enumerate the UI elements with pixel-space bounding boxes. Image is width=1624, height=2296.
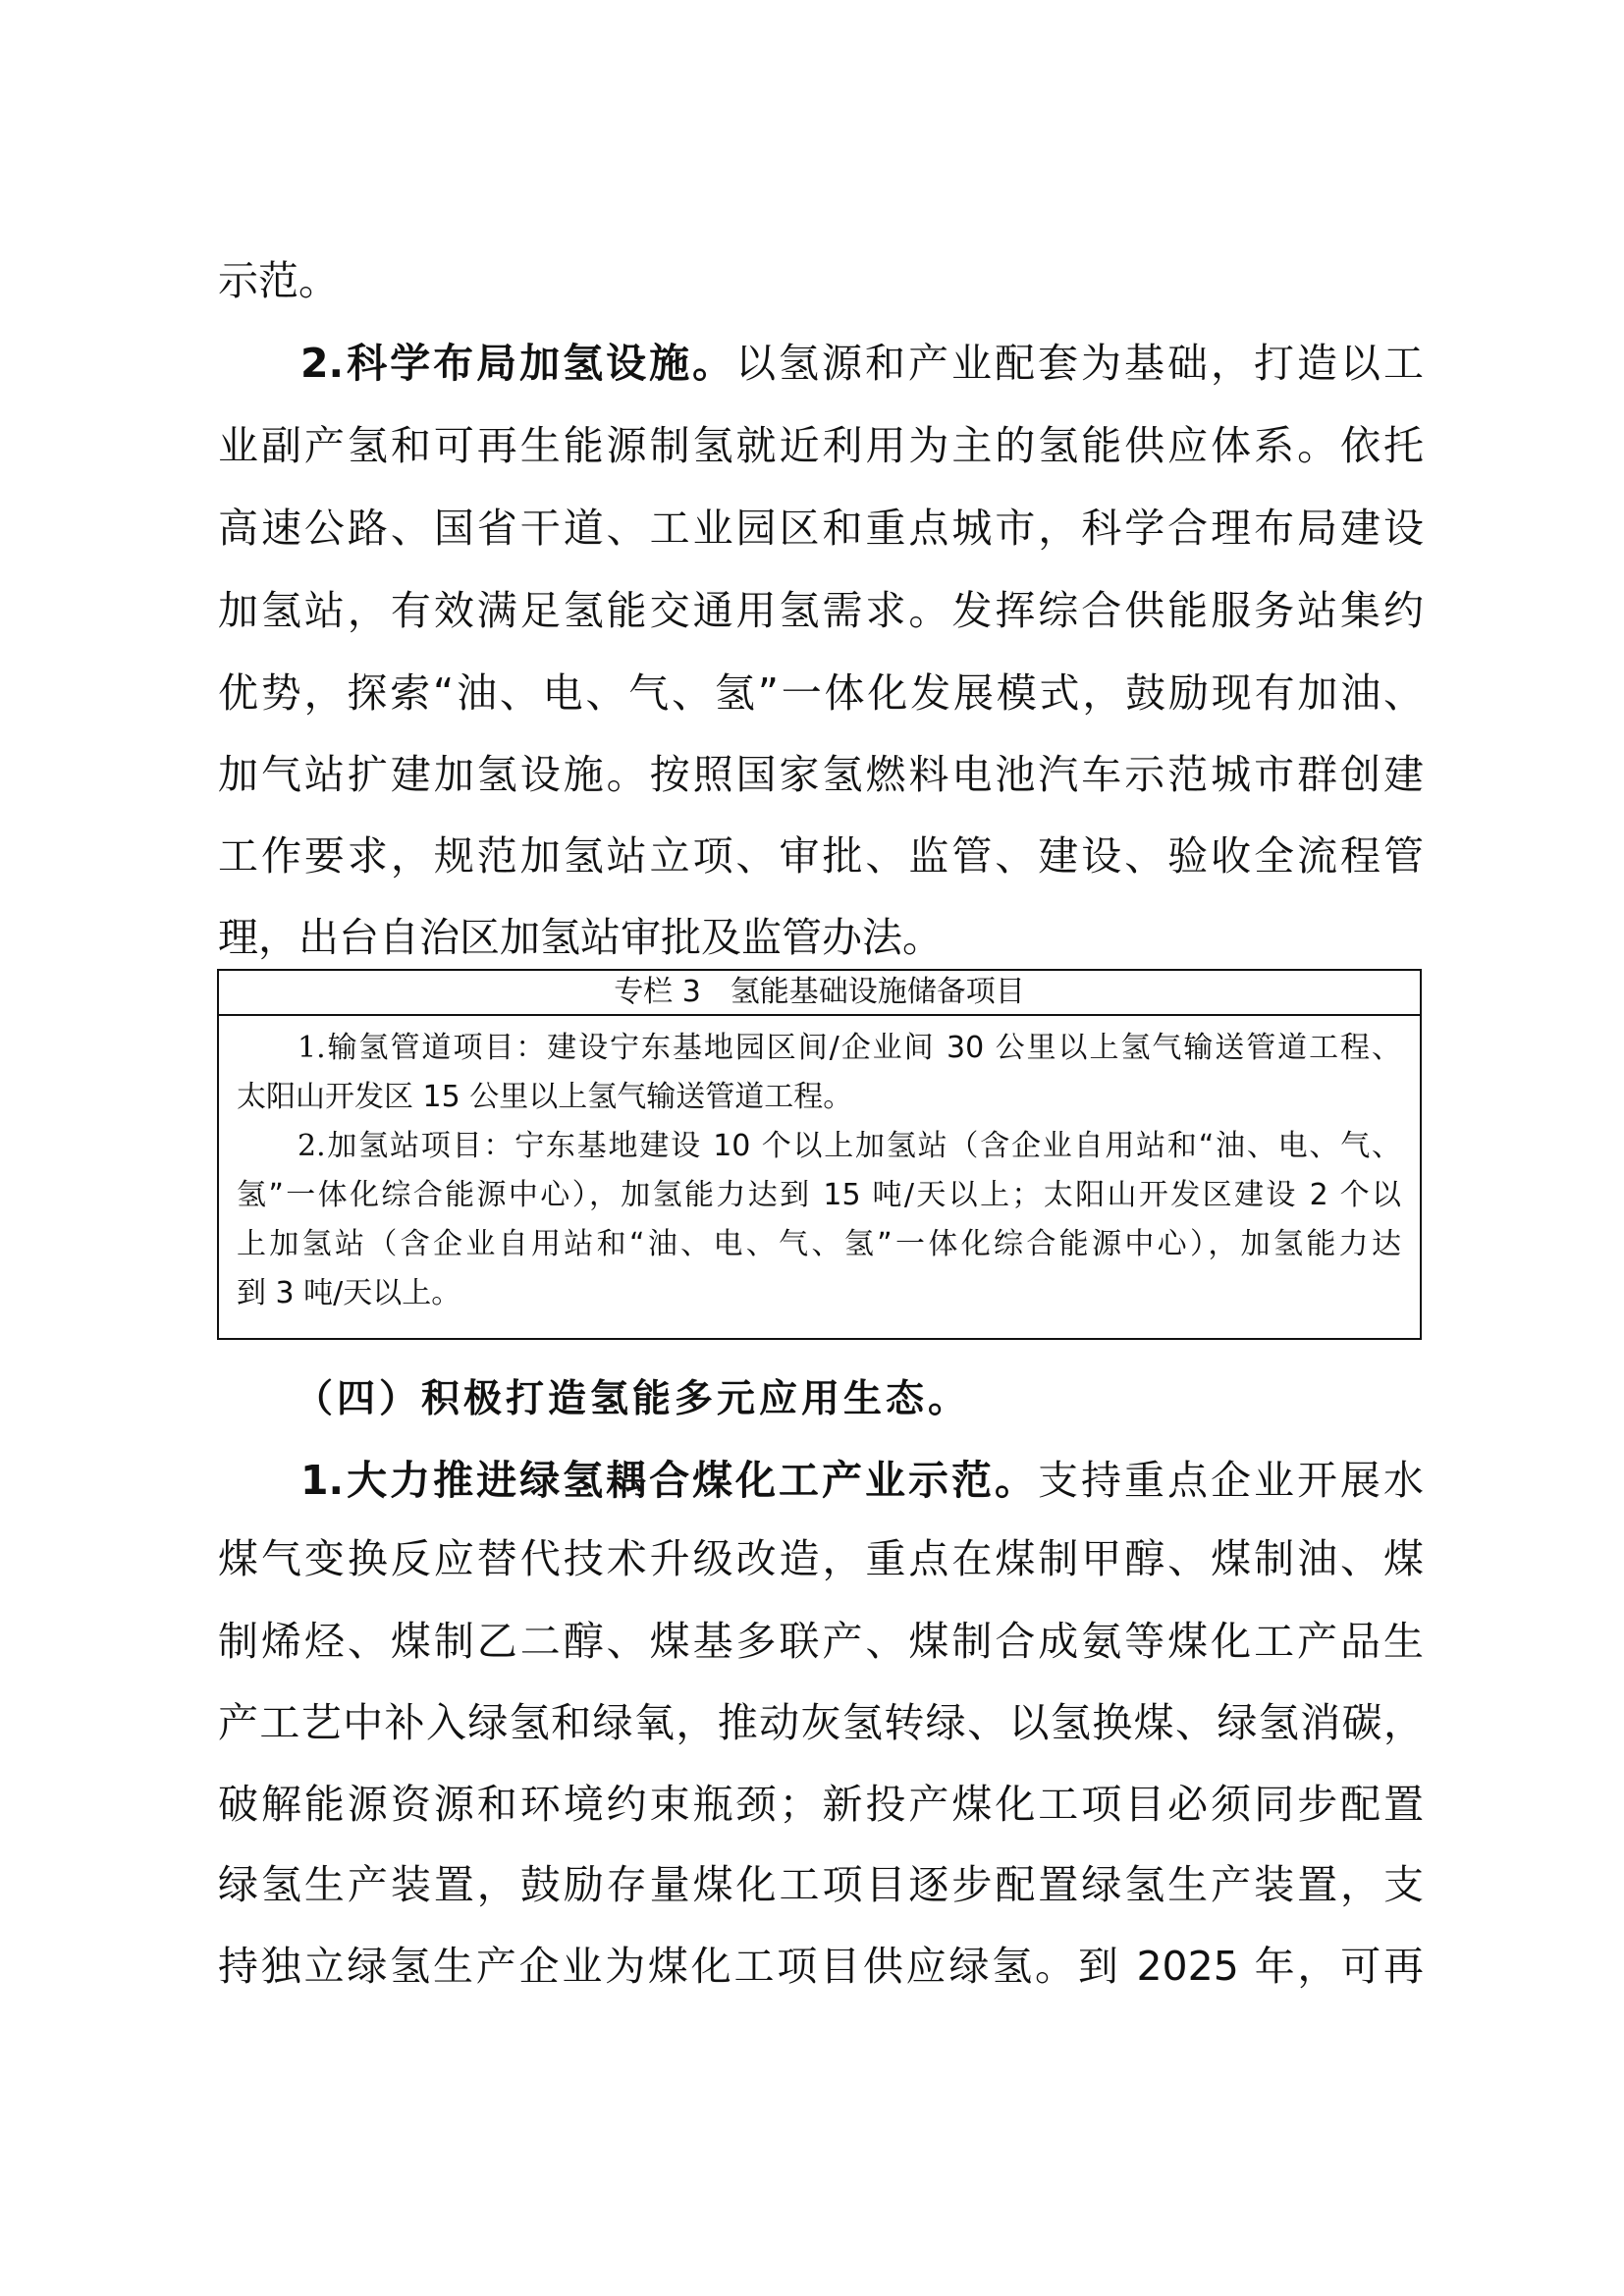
body-line: 制烯烃、煤制乙二醇、煤基多联产、煤制合成氨等煤化工产品生 xyxy=(218,1612,1424,1671)
body-line: 高速公路、国省干道、工业园区和重点城市，科学合理布局建设 xyxy=(218,499,1424,558)
body-line: 业副产氢和可再生能源制氢就近利用为主的氢能供应体系。依托 xyxy=(218,416,1424,475)
body-line: 持独立绿氢生产企业为煤化工项目供应绿氢。到 2025 年，可再 xyxy=(218,1937,1424,1996)
subsection-1-first-line: 1.大力推进绿氢耦合煤化工产业示范。支持重点企业开展水 xyxy=(300,1451,1424,1510)
section-2-heading: 2.科学布局加氢设施。 xyxy=(300,340,735,387)
body-line: 工作要求，规范加氢站立项、审批、监管、建设、验收全流程管 xyxy=(218,827,1424,885)
box-item-text: 上加氢站（含企业自用站和“油、电、气、氢”一体化综合能源中心），加氢能力达 xyxy=(237,1222,1401,1267)
body-line: 产工艺中补入绿氢和绿氧，推动灰氢转绿、以氢换煤、绿氢消碳， xyxy=(218,1693,1424,1752)
body-line: 加氢站，有效满足氢能交通用氢需求。发挥综合供能服务站集约 xyxy=(218,581,1424,640)
body-line: 理，出台自治区加氢站审批及监管办法。 xyxy=(218,908,1424,967)
body-line: 煤气变换反应替代技术升级改造，重点在煤制甲醇、煤制油、煤 xyxy=(218,1529,1424,1588)
document-page: 示范。 2.科学布局加氢设施。以氢源和产业配套为基础，打造以工 业副产氢和可再生… xyxy=(0,0,1624,2296)
feature-box: 专栏 3 氢能基础设施储备项目 1.输氢管道项目：建设宁东基地园区间/企业间 3… xyxy=(217,969,1422,1340)
body-line: 绿氢生产装置，鼓励存量煤化工项目逐步配置绿氢生产装置，支 xyxy=(218,1855,1424,1914)
box-item-text: 宁东基地建设 10 个以上加氢站（含企业自用站和“油、电、气、 xyxy=(514,1129,1401,1163)
body-text: 支持重点企业开展水 xyxy=(1038,1457,1424,1504)
box-item-1-label: 1.输氢管道项目： xyxy=(298,1031,547,1065)
box-title: 专栏 3 氢能基础设施储备项目 xyxy=(219,971,1420,1016)
body-line: 优势，探索“油、电、气、氢”一体化发展模式，鼓励现有加油、 xyxy=(218,664,1424,722)
body-line: 破解能源资源和环境约束瓶颈；新投产煤化工项目必须同步配置 xyxy=(218,1775,1424,1834)
subsection-1-heading: 1.大力推进绿氢耦合煤化工产业示范。 xyxy=(300,1457,1038,1504)
body-line: 加气站扩建加氢设施。按照国家氢燃料电池汽车示范城市群创建 xyxy=(218,745,1424,804)
box-item-1-line: 1.输氢管道项目：建设宁东基地园区间/企业间 30 公里以上氢气输送管道工程、 xyxy=(298,1026,1401,1071)
section-2-first-line: 2.科学布局加氢设施。以氢源和产业配套为基础，打造以工 xyxy=(300,334,1424,393)
body-text: 以氢源和产业配套为基础，打造以工 xyxy=(735,340,1424,387)
box-item-text: 氢”一体化综合能源中心），加氢能力达到 15 吨/天以上；太阳山开发区建设 2 … xyxy=(237,1173,1401,1218)
paragraph-continuation: 示范。 xyxy=(218,251,1424,310)
box-item-2-line: 2.加氢站项目：宁东基地建设 10 个以上加氢站（含企业自用站和“油、电、气、 xyxy=(298,1124,1401,1169)
box-item-text: 太阳山开发区 15 公里以上氢气输送管道工程。 xyxy=(237,1075,1401,1120)
box-item-text: 建设宁东基地园区间/企业间 30 公里以上氢气输送管道工程、 xyxy=(547,1031,1401,1065)
section-4-heading: （四）积极打造氢能多元应用生态。 xyxy=(295,1369,1375,1428)
box-item-text: 到 3 吨/天以上。 xyxy=(237,1271,1401,1316)
box-item-2-label: 2.加氢站项目： xyxy=(298,1129,514,1163)
